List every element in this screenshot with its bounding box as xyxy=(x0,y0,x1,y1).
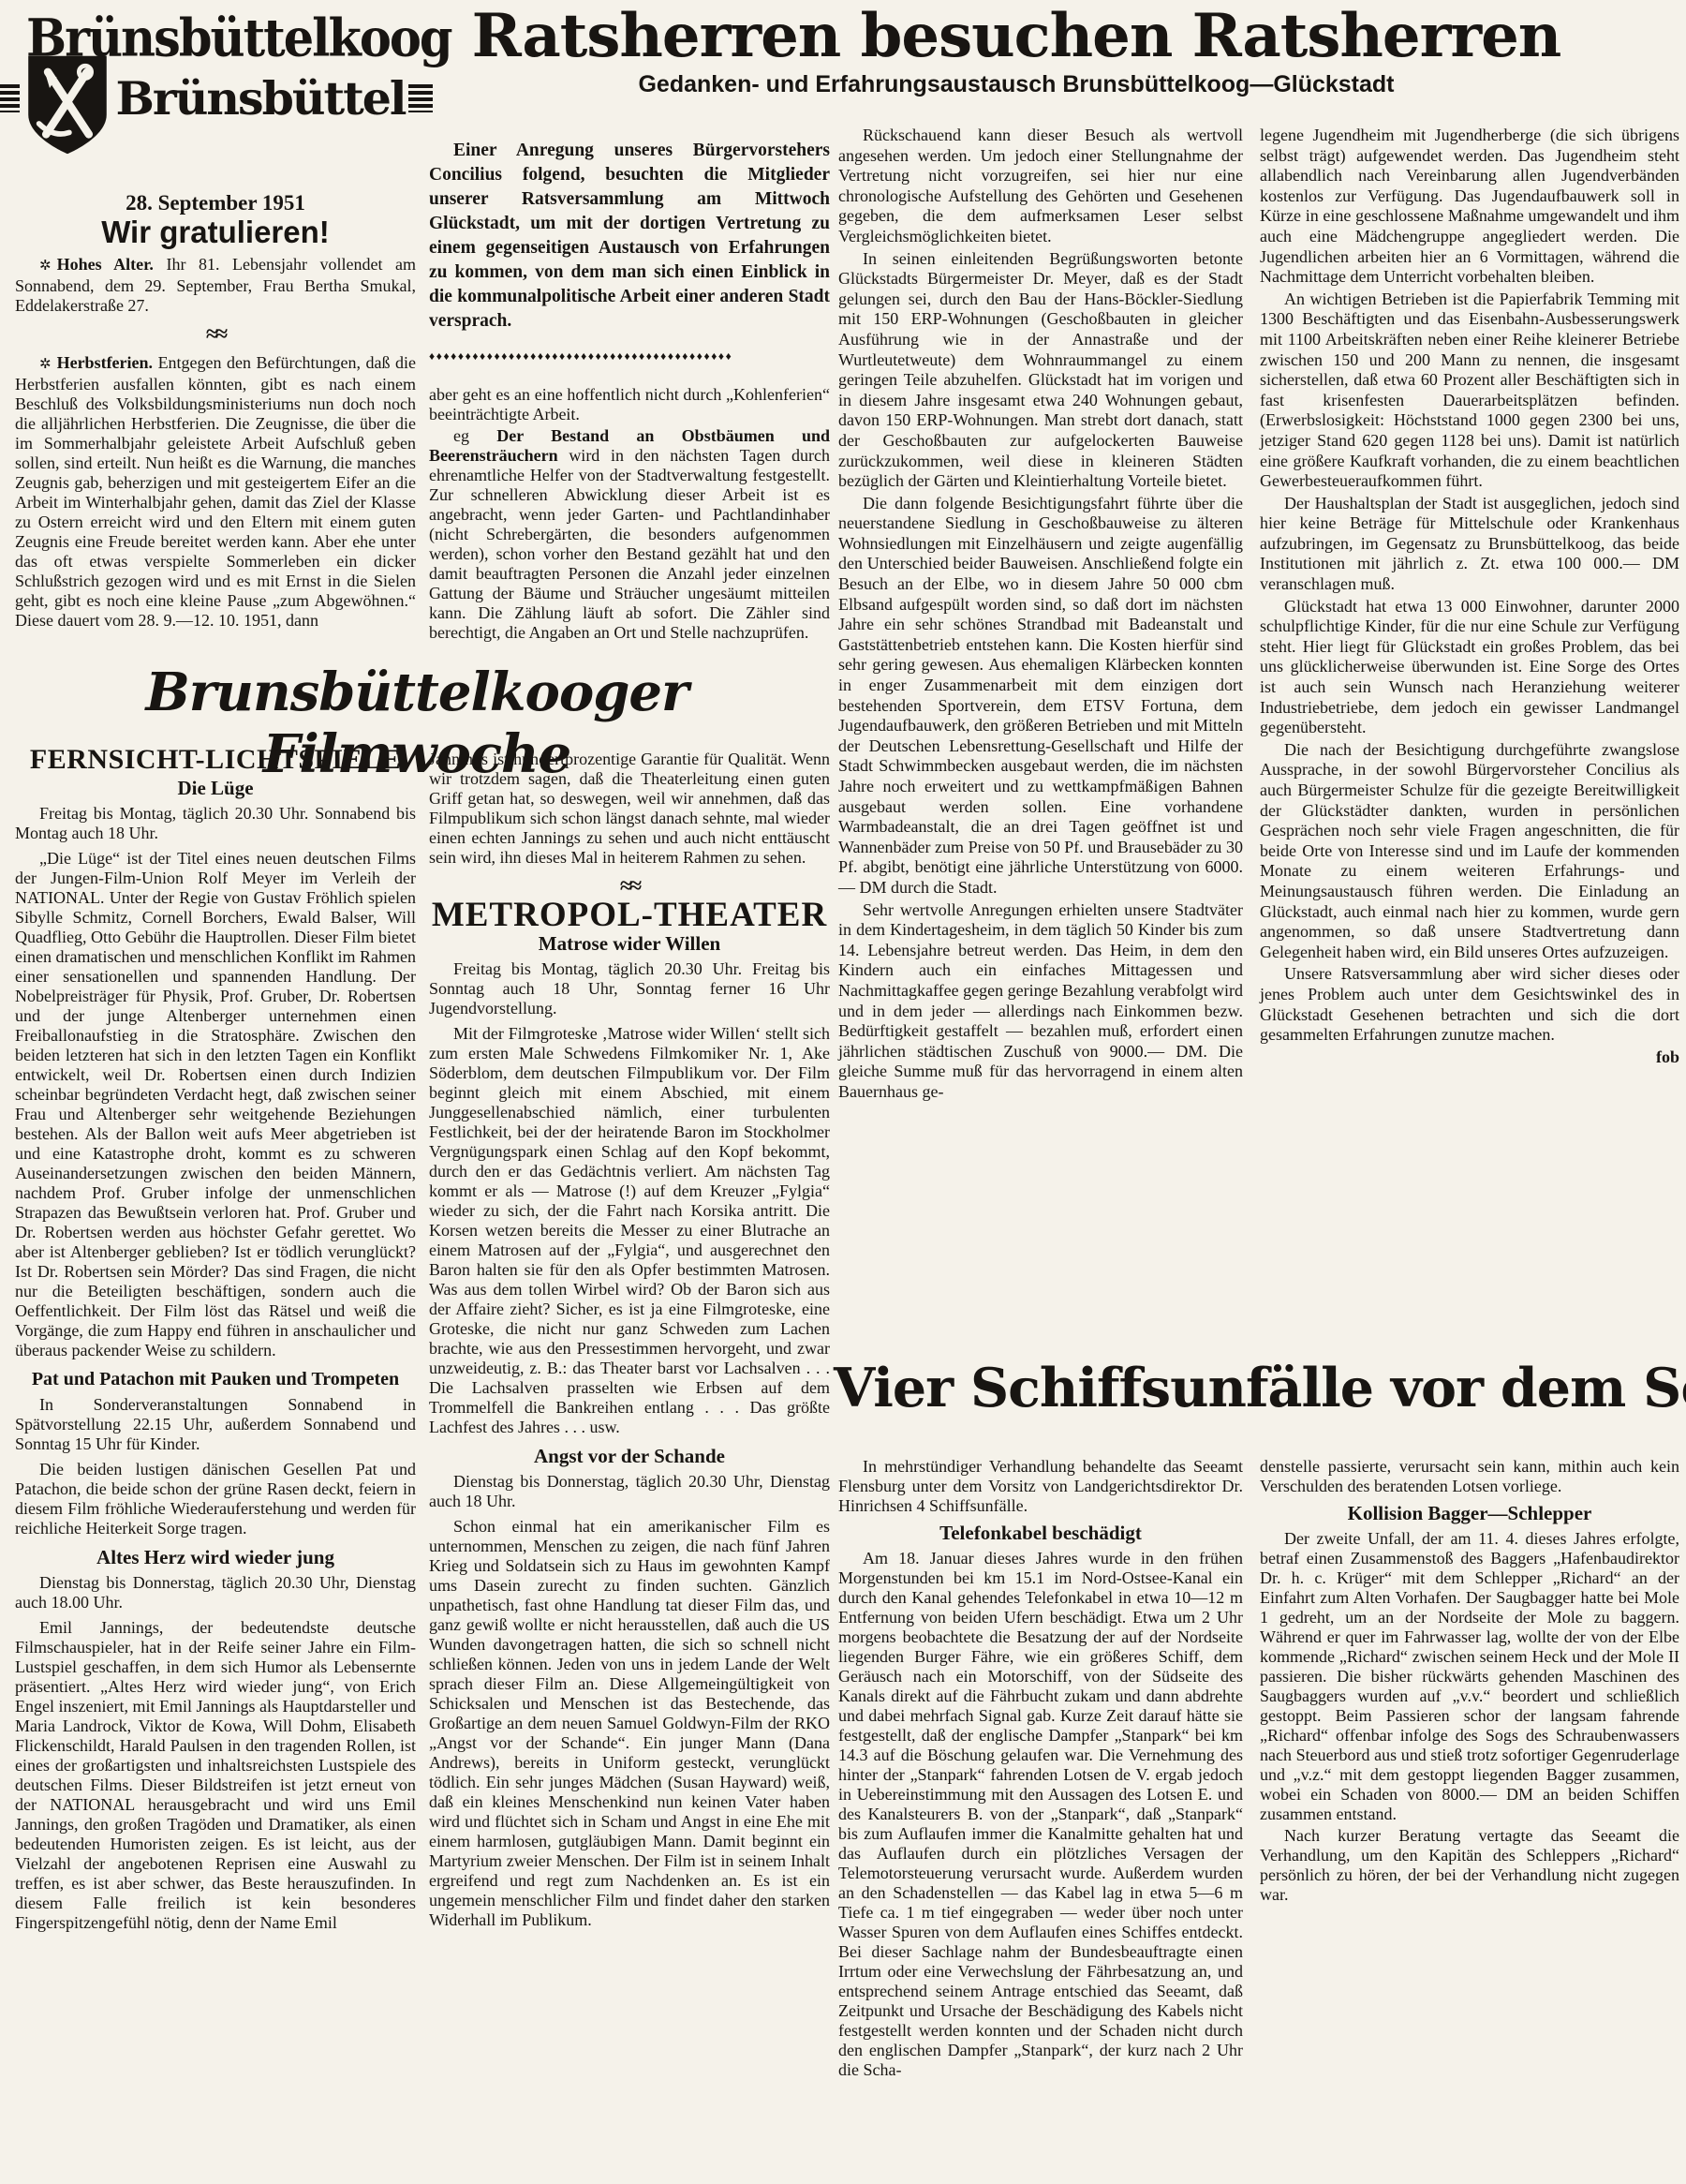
seeamt-article-header: Vier Schiffsunfälle vor dem Seeamt xyxy=(834,1357,1686,1419)
theater-name-metropol: METROPOL-THEATER xyxy=(429,905,830,925)
article-paragraph: Die nach der Besichtigung durchgeführte … xyxy=(1260,740,1679,963)
article-paragraph: Die dann folgende Besichtigungsfahrt füh… xyxy=(838,494,1243,899)
ratsherren-lead-text: Einer Anregung unseres Bürgervorstehers … xyxy=(429,139,830,334)
case-text: Nach kurzer Beratung vertagte das Seeamt… xyxy=(1260,1826,1679,1905)
herbstferien-continuation: aber geht es an eine hoffentlich nicht d… xyxy=(429,385,830,424)
film-schedule-text: Freitag bis Montag, täglich 20.30 Uhr. S… xyxy=(15,804,416,843)
film-title: Pat und Patachon mit Pauken und Trompete… xyxy=(15,1370,416,1389)
ratsherren-lead: Einer Anregung unseres Bürgervorstehers … xyxy=(429,139,830,334)
column-filmwoche-a: FERNSICHT-LICHTSPIELE Die Lüge Freitag b… xyxy=(15,750,416,2174)
article-paragraph: Sehr wertvolle Anregungen erhielten unse… xyxy=(838,900,1243,1103)
film-schedule: Dienstag bis Donnerstag, täglich 20.30 U… xyxy=(429,1472,830,1511)
theater-name-fernsicht: FERNSICHT-LICHTSPIELE xyxy=(15,750,416,769)
seeamt-intro: In mehrstündiger Verhandlung behandelte … xyxy=(838,1457,1243,1516)
case-heading: Telefonkabel beschädigt xyxy=(838,1523,1243,1543)
film-review: Schon einmal hat ein amerikanischer Film… xyxy=(429,1517,830,1930)
film-title: Angst vor der Schande xyxy=(429,1447,830,1466)
masthead: Brünsbüttelkoog Brünsbüttel xyxy=(26,13,401,131)
film-schedule: Freitag bis Montag, täglich 20.30 Uhr. S… xyxy=(15,804,416,843)
wavy-divider-icon: ≈≈ xyxy=(15,325,416,344)
film-title: Matrose wider Willen xyxy=(429,934,830,954)
case-text: Am 18. Januar dieses Jahres wurde in den… xyxy=(838,1549,1243,2080)
flourish-left xyxy=(0,84,20,112)
film-schedule-text: Dienstag bis Donnerstag, täglich 20.30 U… xyxy=(15,1573,416,1612)
article-paragraph: legene Jugendheim mit Jugendherberge (di… xyxy=(1260,126,1679,288)
note-lead: Herbstferien. xyxy=(57,353,153,372)
main-article-header: Ratsherren besuchen Ratsherren Gedanken-… xyxy=(426,6,1606,98)
film-schedule: Dienstag bis Donnerstag, täglich 20.30 U… xyxy=(15,1573,416,1612)
note-lead: Hohes Alter. xyxy=(57,255,154,274)
film-schedule-text: In Sonderveranstaltungen Sonnabend in Sp… xyxy=(15,1395,416,1454)
main-headline: Ratsherren besuchen Ratsherren xyxy=(426,6,1606,67)
column-seeamt-a: In mehrstündiger Verhandlung behandelte … xyxy=(838,1457,1243,2184)
film-review: Emil Jannings, der bedeutendste deutsche… xyxy=(15,1618,416,1933)
column-ratsherren-a: Rückschauend kann dieser Besuch als wert… xyxy=(838,126,1243,1334)
author-signature: fob xyxy=(1260,1047,1679,1068)
film-title: Altes Herz wird wieder jung xyxy=(15,1548,416,1567)
star-marker-icon: ✲ xyxy=(39,259,57,274)
film-review: Die beiden lustigen dänischen Gesellen P… xyxy=(15,1460,416,1538)
masthead-title-line2: Brünsbüttel xyxy=(116,71,406,126)
masthead-title-line1: Brünsbüttelkoog xyxy=(26,11,401,66)
article-paragraph: Der Haushaltsplan der Stadt ist ausgegli… xyxy=(1260,494,1679,595)
correspondent-initials: eg xyxy=(453,426,469,445)
film-review: „Die Lüge“ ist der Titel eines neuen deu… xyxy=(15,849,416,1360)
gratulieren-title: Wir gratulieren! xyxy=(15,222,416,242)
case-text: Der zweite Unfall, der am 11. 4. dieses … xyxy=(1260,1529,1679,1824)
wavy-divider-icon: ≈≈ xyxy=(429,877,830,896)
article-paragraph: In seinen einleitenden Begrüßungsworten … xyxy=(838,249,1243,492)
issue-date: 28. September 1951 xyxy=(15,193,416,213)
column-local-notes: 28. September 1951 Wir gratulieren! ✲Hoh… xyxy=(15,169,416,632)
seeamt-headline: Vier Schiffsunfälle vor dem Seeamt xyxy=(834,1357,1686,1419)
note-herbstferien: ✲Herbstferien. Entgegen den Befürchtunge… xyxy=(15,353,416,631)
article-paragraph: Unsere Ratsversammlung aber wird sicher … xyxy=(1260,964,1679,1045)
note-text: Entgegen den Befürchtungen, daß die Herb… xyxy=(15,353,416,630)
article-paragraph: An wichtigen Betrieben ist die Papierfab… xyxy=(1260,290,1679,492)
column-filmwoche-b: Jannings ist hundertprozentige Garantie … xyxy=(429,750,830,2174)
film-title: Die Lüge xyxy=(15,779,416,798)
column-article-lead: Einer Anregung unseres Bürgervorstehers … xyxy=(429,139,830,645)
article-paragraph: Rückschauend kann dieser Besuch als wert… xyxy=(838,126,1243,247)
obstbaeume-paragraph: eg Der Bestand an Obstbäumen und Beerens… xyxy=(429,426,830,643)
column-ratsherren-b: legene Jugendheim mit Jugendherberge (di… xyxy=(1260,126,1679,1334)
star-marker-icon: ✲ xyxy=(39,357,57,372)
film-review: Mit der Filmgroteske ‚Matrose wider Will… xyxy=(429,1024,830,1437)
newspaper-page: Brünsbüttelkoog Brünsbüttel Ratsherren b… xyxy=(0,0,1686,2184)
obstbaeume-text: wird in den nächsten Tagen durch ehrenam… xyxy=(429,446,830,642)
case-heading: Kollision Bagger—Schlepper xyxy=(1260,1504,1679,1523)
metropol-intro: Jannings ist hundertprozentige Garantie … xyxy=(429,750,830,868)
masthead-row: Brünsbüttel xyxy=(26,66,401,131)
film-schedule-text: Dienstag bis Donnerstag, täglich 20.30 U… xyxy=(429,1472,830,1511)
case-continuation: denstelle passierte, verursacht sein kan… xyxy=(1260,1457,1679,1496)
film-schedule: In Sonderveranstaltungen Sonnabend in Sp… xyxy=(15,1395,416,1454)
main-subheadline: Gedanken- und Erfahrungsaustausch Brunsb… xyxy=(426,71,1606,98)
column-seeamt-b: denstelle passierte, verursacht sein kan… xyxy=(1260,1457,1679,2184)
article-paragraph: Glückstadt hat etwa 13 000 Einwohner, da… xyxy=(1260,597,1679,738)
closing-line: Unsere Ratsversammlung aber wird sicher … xyxy=(1260,964,1679,1047)
film-schedule: Freitag bis Montag, täglich 20.30 Uhr. F… xyxy=(429,959,830,1018)
note-hohes-alter: ✲Hohes Alter. Ihr 81. Lebensjahr vollend… xyxy=(15,255,416,316)
film-schedule-text: Freitag bis Montag, täglich 20.30 Uhr. F… xyxy=(429,959,830,1018)
diamond-divider-icon: ♦♦♦♦♦♦♦♦♦♦♦♦♦♦♦♦♦♦♦♦♦♦♦♦♦♦♦♦♦♦♦♦♦♦♦♦♦♦♦♦… xyxy=(429,347,830,366)
